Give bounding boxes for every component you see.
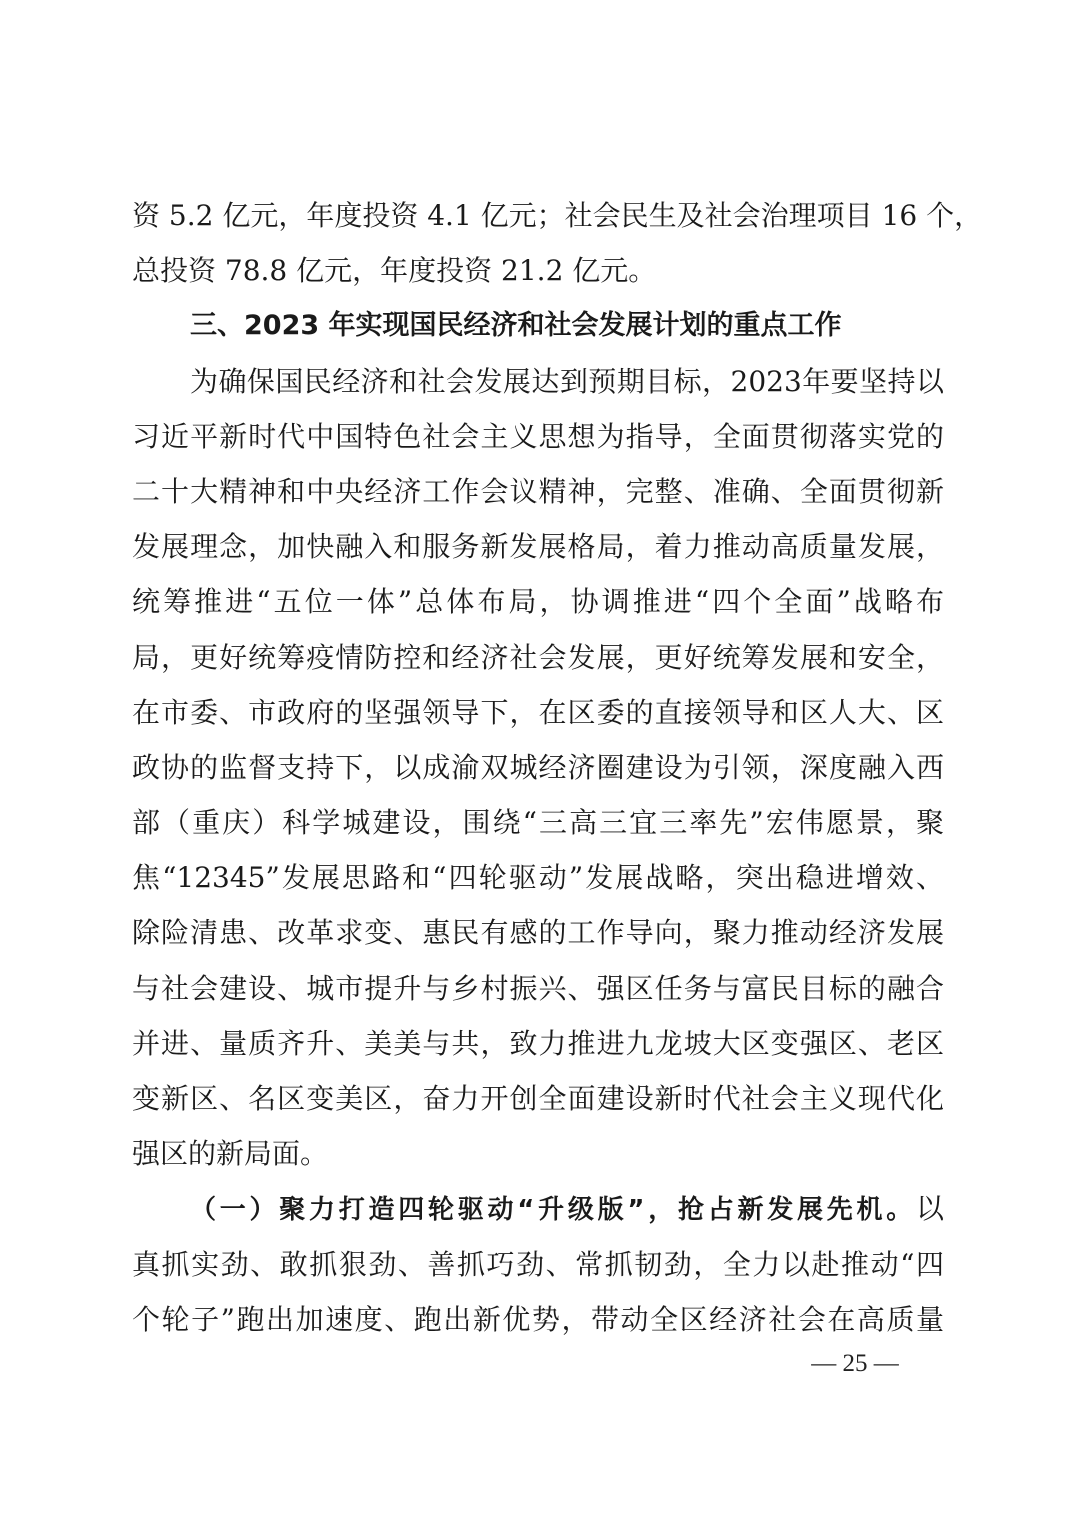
text-line: 除险清患、改革求变、惠民有感的工作导向，聚力推动经济发展 (132, 905, 944, 960)
text-line: 与社会建设、城市提升与乡村振兴、强区任务与富民目标的融合 (132, 961, 944, 1016)
text-line: 并进、量质齐升、美美与共，致力推进九龙坡大区变强区、老区 (132, 1016, 944, 1071)
text-line: 资 5.2 亿元，年度投资 4.1 亿元；社会民生及社会治理项目 16 个， (132, 188, 944, 243)
document-page: 资 5.2 亿元，年度投资 4.1 亿元；社会民生及社会治理项目 16 个， 总… (132, 188, 944, 1347)
section-heading: 三、2023 年实现国民经济和社会发展计划的重点工作 (132, 298, 944, 353)
subsection-lead-text: 以 (916, 1192, 944, 1225)
text-line: 二十大精神和中央经济工作会议精神，完整、准确、全面贯彻新 (132, 464, 944, 519)
text-line: 习近平新时代中国特色社会主义思想为指导，全面贯彻落实党的 (132, 409, 944, 464)
text-line: 真抓实劲、敢抓狠劲、善抓巧劲、常抓韧劲，全力以赴推动“四 (132, 1237, 944, 1292)
text-line: 发展理念，加快融入和服务新发展格局，着力推动高质量发展， (132, 519, 944, 574)
text-line: 在市委、市政府的坚强领导下，在区委的直接领导和区人大、区 (132, 685, 944, 740)
text-line: 变新区、名区变美区，奋力开创全面建设新时代社会主义现代化 (132, 1071, 944, 1126)
text-line: 个轮子”跑出加速度、跑出新优势，带动全区经济社会在高质量 (132, 1292, 944, 1347)
text-line: 总投资 78.8 亿元，年度投资 21.2 亿元。 (132, 243, 944, 298)
text-line: 政协的监督支持下，以成渝双城经济圈建设为引领，深度融入西 (132, 740, 944, 795)
text-line: 为确保国民经济和社会发展达到预期目标，2023年要坚持以 (132, 354, 944, 409)
page-number: — 25 — (800, 1346, 910, 1382)
subsection-first-line: （一）聚力打造四轮驱动“升级版”，抢占新发展先机。以 (132, 1181, 944, 1236)
text-line: 强区的新局面。 (132, 1126, 944, 1181)
text-line: 局，更好统筹疫情防控和经济社会发展，更好统筹发展和安全， (132, 630, 944, 685)
subsection-heading: （一）聚力打造四轮驱动“升级版”，抢占新发展先机。 (190, 1195, 916, 1225)
text-line: 统筹推进“五位一体”总体布局，协调推进“四个全面”战略布 (132, 574, 944, 629)
text-line: 部（重庆）科学城建设，围绕“三高三宜三率先”宏伟愿景，聚 (132, 795, 944, 850)
text-line: 焦“12345”发展思路和“四轮驱动”发展战略，突出稳进增效、 (132, 850, 944, 905)
